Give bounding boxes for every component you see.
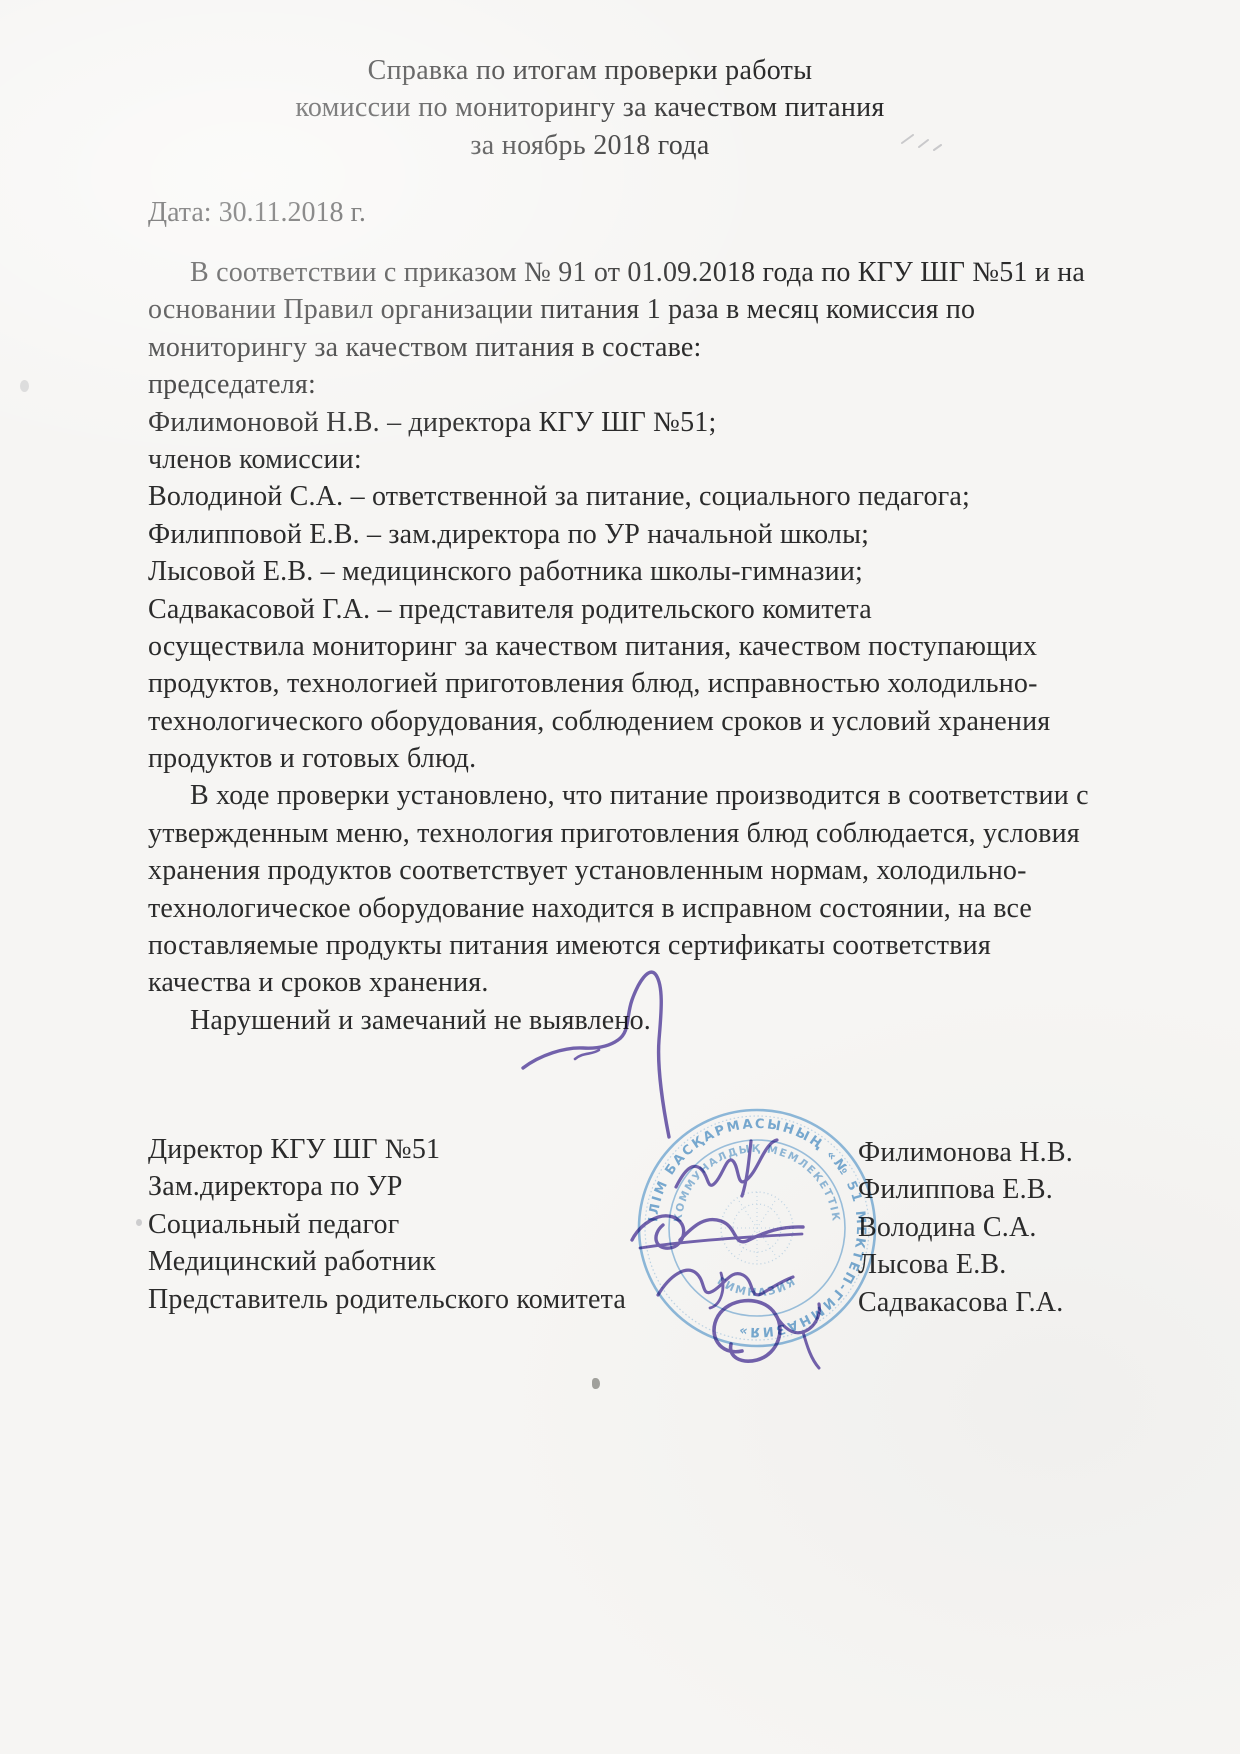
body-line: технологическое оборудование находится в… bbox=[148, 890, 1089, 927]
body-line: утвержденным меню, технология приготовле… bbox=[148, 815, 1089, 852]
signatures-ink-graphic bbox=[480, 955, 920, 1415]
scan-speck bbox=[136, 1219, 142, 1226]
body-line: технологического оборудования, соблюдени… bbox=[148, 703, 1089, 740]
document-title: Справка по итогам проверки работы комисс… bbox=[30, 52, 1150, 164]
pencil-scribble-mark bbox=[895, 122, 955, 158]
date-line: Дата: 30.11.2018 г. bbox=[148, 197, 366, 229]
scanned-document-page: Справка по итогам проверки работы комисс… bbox=[0, 0, 1240, 1754]
document-body: В соответствии с приказом № 91 от 01.09.… bbox=[148, 254, 1089, 1039]
scan-smudge bbox=[20, 380, 29, 392]
title-line: за ноябрь 2018 года bbox=[30, 127, 1150, 164]
body-line: хранения продуктов соответствует установ… bbox=[148, 852, 1089, 889]
title-line: комиссии по мониторингу за качеством пит… bbox=[30, 89, 1150, 126]
body-line: продуктов, технологией приготовления блю… bbox=[148, 665, 1089, 702]
handwritten-signatures bbox=[480, 955, 920, 1415]
body-line: членов комиссии: bbox=[148, 441, 1089, 478]
body-line: председателя: bbox=[148, 366, 1089, 403]
body-line: Володиной С.А. – ответственной за питани… bbox=[148, 478, 1089, 515]
body-line: В соответствии с приказом № 91 от 01.09.… bbox=[148, 254, 1089, 291]
body-line: Садвакасовой Г.А. – представителя родите… bbox=[148, 591, 1089, 628]
body-line: В ходе проверки установлено, что питание… bbox=[148, 777, 1089, 814]
title-line: Справка по итогам проверки работы bbox=[30, 52, 1150, 89]
body-line: Лысовой Е.В. – медицинского работника шк… bbox=[148, 553, 1089, 590]
body-line: мониторингу за качеством питания в соста… bbox=[148, 329, 1089, 366]
body-line: осуществила мониторинг за качеством пита… bbox=[148, 628, 1089, 665]
body-line: Филимоновой Н.В. – директора КГУ ШГ №51; bbox=[148, 404, 1089, 441]
body-line: продуктов и готовых блюд. bbox=[148, 740, 1089, 777]
body-line: основании Правил организации питания 1 р… bbox=[148, 291, 1089, 328]
body-line: Филипповой Е.В. – зам.директора по УР на… bbox=[148, 516, 1089, 553]
